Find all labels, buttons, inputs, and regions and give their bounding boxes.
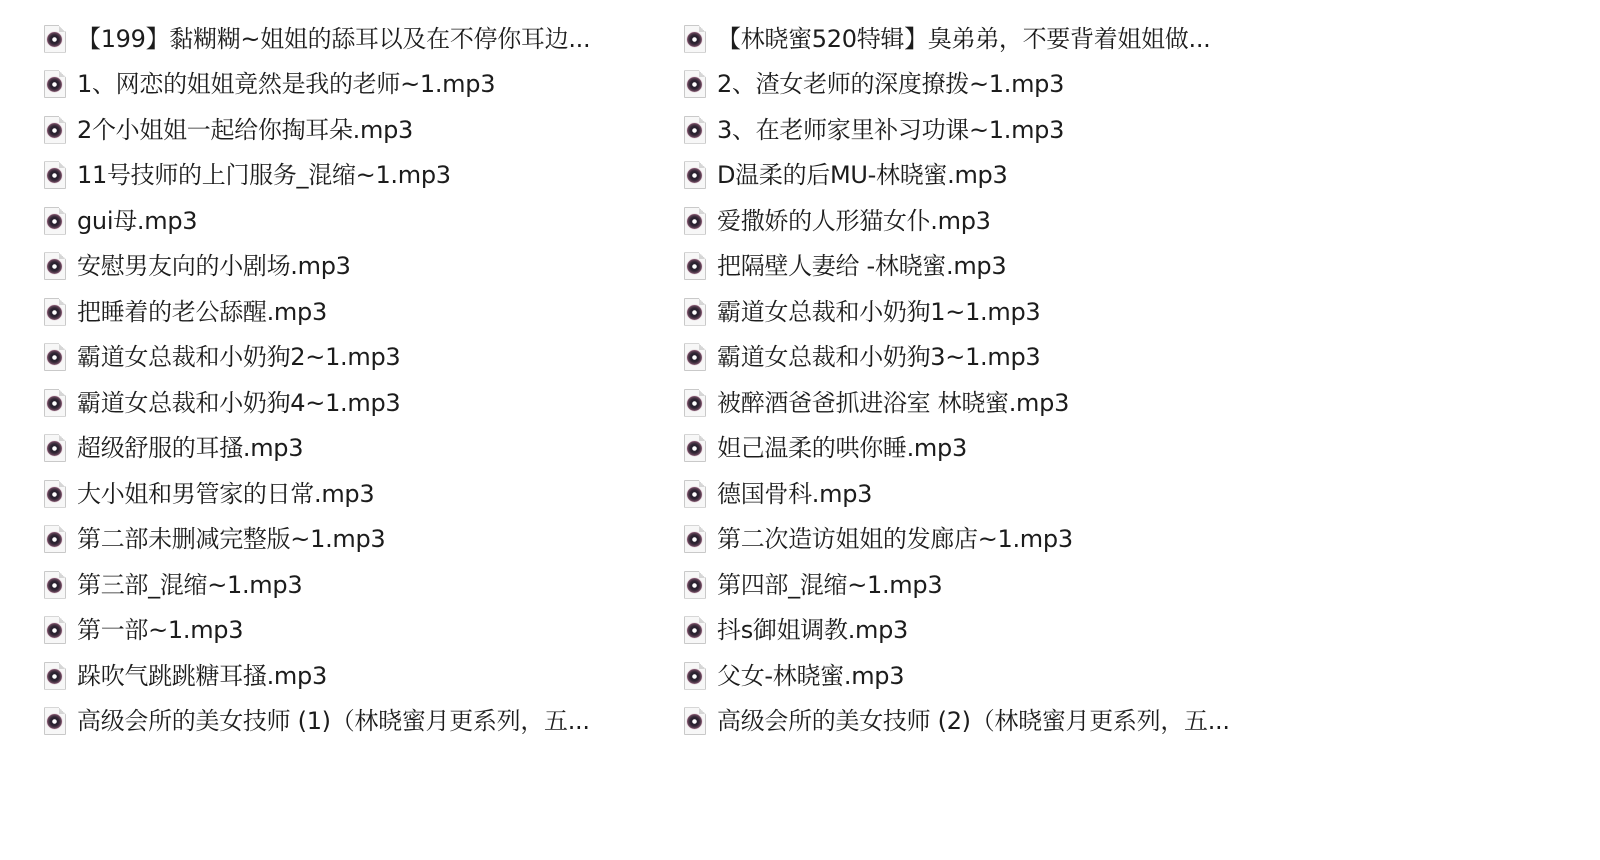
file-name: 妲己温柔的哄你睡.mp3 [717, 433, 967, 463]
file-name: 第二部未删减完整版~1.mp3 [77, 524, 385, 554]
file-item[interactable]: D温柔的后MU-林晓蜜.mp3 [684, 153, 1284, 199]
file-name: 1、网恋的姐姐竟然是我的老师~1.mp3 [77, 69, 495, 99]
file-name: 大小姐和男管家的日常.mp3 [77, 479, 374, 509]
file-name: D温柔的后MU-林晓蜜.mp3 [717, 160, 1007, 190]
mp3-file-icon [684, 70, 706, 98]
audio-disc-icon [47, 578, 62, 593]
file-item[interactable]: 爱撒娇的人形猫女仆.mp3 [684, 198, 1284, 244]
file-item[interactable]: 第二次造访姐姐的发廊店~1.mp3 [684, 517, 1284, 563]
file-name: 霸道女总裁和小奶狗2~1.mp3 [77, 342, 400, 372]
mp3-file-icon [684, 116, 706, 144]
mp3-file-icon [684, 707, 706, 735]
file-name: 爱撒娇的人形猫女仆.mp3 [717, 206, 991, 236]
file-item[interactable]: 11号技师的上门服务_混缩~1.mp3 [44, 153, 644, 199]
file-item[interactable]: 2个小姐姐一起给你掏耳朵.mp3 [44, 107, 644, 153]
mp3-file-icon [44, 525, 66, 553]
mp3-file-icon [44, 116, 66, 144]
audio-disc-icon [47, 32, 62, 47]
mp3-file-icon [44, 70, 66, 98]
audio-disc-icon [687, 669, 702, 684]
file-item[interactable]: 1、网恋的姐姐竟然是我的老师~1.mp3 [44, 62, 644, 108]
mp3-file-icon [684, 298, 706, 326]
file-item[interactable]: 跺吹气跳跳糖耳搔.mp3 [44, 653, 644, 699]
file-list-pane: 【199】黏糊糊~姐姐的舔耳以及在不停你耳边... 1、网恋的姐姐竟然是我的老师… [0, 0, 1600, 860]
file-name: 【199】黏糊糊~姐姐的舔耳以及在不停你耳边... [77, 24, 590, 54]
mp3-file-icon [44, 25, 66, 53]
mp3-file-icon [44, 252, 66, 280]
mp3-file-icon [44, 434, 66, 462]
file-name: 霸道女总裁和小奶狗3~1.mp3 [717, 342, 1040, 372]
file-name: 超级舒服的耳搔.mp3 [77, 433, 303, 463]
file-name: 第三部_混缩~1.mp3 [77, 570, 302, 600]
file-name: 霸道女总裁和小奶狗4~1.mp3 [77, 388, 400, 418]
file-item[interactable]: 3、在老师家里补习功课~1.mp3 [684, 107, 1284, 153]
file-name: 抖s御姐调教.mp3 [717, 615, 908, 645]
file-column-left: 【199】黏糊糊~姐姐的舔耳以及在不停你耳边... 1、网恋的姐姐竟然是我的老师… [44, 16, 644, 744]
file-item[interactable]: 把睡着的老公舔醒.mp3 [44, 289, 644, 335]
file-item[interactable]: 大小姐和男管家的日常.mp3 [44, 471, 644, 517]
file-item[interactable]: 霸道女总裁和小奶狗3~1.mp3 [684, 335, 1284, 381]
file-item[interactable]: gui母.mp3 [44, 198, 644, 244]
file-item[interactable]: 妲己温柔的哄你睡.mp3 [684, 426, 1284, 472]
mp3-file-icon [44, 343, 66, 371]
file-name: 【林晓蜜520特辑】臭弟弟，不要背着姐姐做... [717, 24, 1211, 54]
file-item[interactable]: 2、渣女老师的深度撩拨~1.mp3 [684, 62, 1284, 108]
file-name: 被醉酒爸爸抓进浴室 林晓蜜.mp3 [717, 388, 1069, 418]
mp3-file-icon [684, 161, 706, 189]
file-item[interactable]: 第三部_混缩~1.mp3 [44, 562, 644, 608]
mp3-file-icon [44, 298, 66, 326]
mp3-file-icon [44, 207, 66, 235]
mp3-file-icon [684, 343, 706, 371]
mp3-file-icon [44, 389, 66, 417]
file-name: 德国骨科.mp3 [717, 479, 872, 509]
file-item[interactable]: 高级会所的美女技师 (2)（林晓蜜月更系列，五... [684, 699, 1284, 745]
audio-disc-icon [687, 123, 702, 138]
mp3-file-icon [684, 434, 706, 462]
mp3-file-icon [44, 662, 66, 690]
file-item[interactable]: 霸道女总裁和小奶狗2~1.mp3 [44, 335, 644, 381]
file-item[interactable]: 第一部~1.mp3 [44, 608, 644, 654]
file-column-right: 【林晓蜜520特辑】臭弟弟，不要背着姐姐做... 2、渣女老师的深度撩拨~1.m… [684, 16, 1284, 744]
audio-disc-icon [47, 487, 62, 502]
file-name: 把隔壁人妻给 -林晓蜜.mp3 [717, 251, 1006, 281]
mp3-file-icon [44, 707, 66, 735]
mp3-file-icon [44, 571, 66, 599]
audio-disc-icon [47, 669, 62, 684]
file-item[interactable]: 被醉酒爸爸抓进浴室 林晓蜜.mp3 [684, 380, 1284, 426]
audio-disc-icon [687, 305, 702, 320]
file-name: 霸道女总裁和小奶狗1~1.mp3 [717, 297, 1040, 327]
file-name: 2个小姐姐一起给你掏耳朵.mp3 [77, 115, 413, 145]
mp3-file-icon [684, 389, 706, 417]
file-name: 第二次造访姐姐的发廊店~1.mp3 [717, 524, 1073, 554]
file-name: gui母.mp3 [77, 206, 197, 236]
mp3-file-icon [684, 616, 706, 644]
audio-disc-icon [687, 487, 702, 502]
file-name: 高级会所的美女技师 (2)（林晓蜜月更系列，五... [717, 706, 1230, 736]
file-item[interactable]: 【林晓蜜520特辑】臭弟弟，不要背着姐姐做... [684, 16, 1284, 62]
file-name: 第一部~1.mp3 [77, 615, 243, 645]
file-item[interactable]: 父女-林晓蜜.mp3 [684, 653, 1284, 699]
file-item[interactable]: 安慰男友向的小剧场.mp3 [44, 244, 644, 290]
audio-disc-icon [687, 214, 702, 229]
mp3-file-icon [684, 207, 706, 235]
mp3-file-icon [684, 252, 706, 280]
audio-disc-icon [687, 396, 702, 411]
file-name: 父女-林晓蜜.mp3 [717, 661, 904, 691]
file-name: 安慰男友向的小剧场.mp3 [77, 251, 351, 281]
mp3-file-icon [684, 662, 706, 690]
file-name: 第四部_混缩~1.mp3 [717, 570, 942, 600]
mp3-file-icon [44, 616, 66, 644]
file-item[interactable]: 高级会所的美女技师 (1)（林晓蜜月更系列，五... [44, 699, 644, 745]
file-item[interactable]: 【199】黏糊糊~姐姐的舔耳以及在不停你耳边... [44, 16, 644, 62]
mp3-file-icon [44, 161, 66, 189]
audio-disc-icon [687, 32, 702, 47]
mp3-file-icon [684, 571, 706, 599]
mp3-file-icon [684, 25, 706, 53]
audio-disc-icon [687, 578, 702, 593]
file-name: 高级会所的美女技师 (1)（林晓蜜月更系列，五... [77, 706, 590, 736]
mp3-file-icon [44, 480, 66, 508]
file-item[interactable]: 第四部_混缩~1.mp3 [684, 562, 1284, 608]
file-item[interactable]: 霸道女总裁和小奶狗4~1.mp3 [44, 380, 644, 426]
audio-disc-icon [47, 305, 62, 320]
file-item[interactable]: 第二部未删减完整版~1.mp3 [44, 517, 644, 563]
file-name: 2、渣女老师的深度撩拨~1.mp3 [717, 69, 1064, 99]
file-item[interactable]: 德国骨科.mp3 [684, 471, 1284, 517]
file-item[interactable]: 霸道女总裁和小奶狗1~1.mp3 [684, 289, 1284, 335]
audio-disc-icon [47, 396, 62, 411]
file-name: 11号技师的上门服务_混缩~1.mp3 [77, 160, 451, 190]
mp3-file-icon [684, 525, 706, 553]
file-name: 把睡着的老公舔醒.mp3 [77, 297, 327, 327]
file-name: 跺吹气跳跳糖耳搔.mp3 [77, 661, 327, 691]
file-item[interactable]: 抖s御姐调教.mp3 [684, 608, 1284, 654]
file-item[interactable]: 超级舒服的耳搔.mp3 [44, 426, 644, 472]
file-name: 3、在老师家里补习功课~1.mp3 [717, 115, 1064, 145]
audio-disc-icon [47, 123, 62, 138]
file-item[interactable]: 把隔壁人妻给 -林晓蜜.mp3 [684, 244, 1284, 290]
audio-disc-icon [47, 214, 62, 229]
mp3-file-icon [684, 480, 706, 508]
